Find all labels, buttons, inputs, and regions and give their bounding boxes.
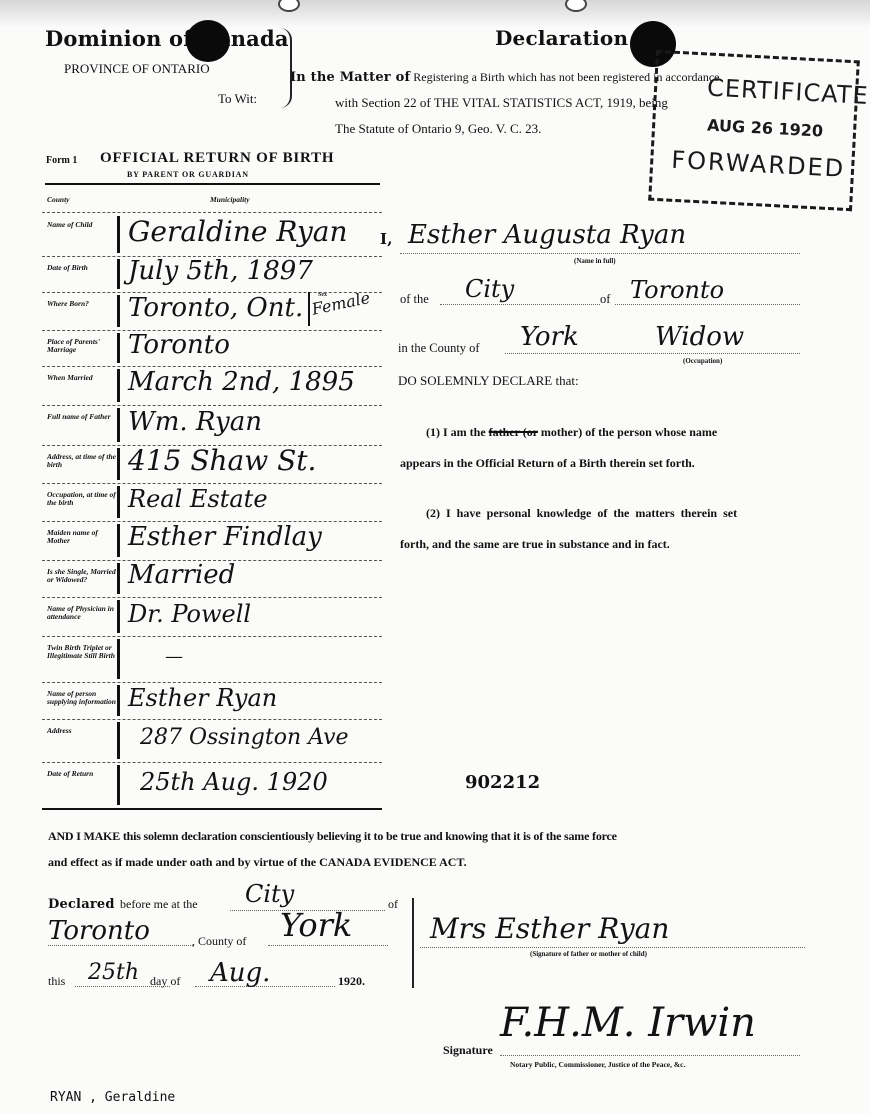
declared-month: Aug. <box>210 958 270 988</box>
occupation-caption: (Occupation) <box>683 357 722 365</box>
occupation-value: Widow <box>655 322 744 352</box>
county-label: County <box>47 196 117 204</box>
commissioner-caption: Notary Public, Commissioner, Justice of … <box>510 1060 685 1069</box>
form-number: Form 1 <box>46 155 77 166</box>
row-value: 415 Shaw St. <box>128 444 316 477</box>
declared-county: York <box>280 906 352 944</box>
row-divider-bar <box>117 600 120 633</box>
row-divider <box>42 636 382 638</box>
row-value: Esther Ryan <box>128 684 277 712</box>
sex-divider <box>308 292 310 326</box>
row-value: July 5th, 1897 <box>128 256 313 286</box>
row-divider-bar <box>117 765 120 805</box>
row-label: Twin Birth Triplet or Illegitimate Still… <box>47 644 117 660</box>
form-subtitle: BY PARENT OR GUARDIAN <box>127 170 249 179</box>
row-value: Toronto, Ont. <box>128 293 303 323</box>
commissioner-signature-line <box>500 1054 800 1056</box>
stamp-forwarded: FORWARDED <box>671 146 846 183</box>
declared-year: 1920. <box>338 974 365 989</box>
dominion-title: Dominion of Canada <box>45 26 289 51</box>
point-1: (1) I am the father (or mother) of the p… <box>426 425 717 440</box>
before-me: before me at the <box>120 897 198 912</box>
declared-county-line <box>268 944 388 946</box>
this-label: this <box>48 974 65 989</box>
row-value: Real Estate <box>128 485 268 513</box>
row-divider-bar <box>117 685 120 716</box>
place-type: City <box>245 880 294 908</box>
county-of: , County of <box>192 934 246 949</box>
row-value: Married <box>128 560 235 590</box>
solemn-line-1: AND I MAKE this solemn declaration consc… <box>48 829 617 844</box>
row-value: Wm. Ryan <box>128 407 262 437</box>
form-title: OFFICIAL RETURN OF BIRTH <box>100 150 334 167</box>
county-of-label: in the County of <box>398 341 480 356</box>
row-label: Place of Parents' Marriage <box>47 338 117 354</box>
struck-father: father (or <box>489 425 538 439</box>
registration-number: 902212 <box>465 772 540 793</box>
of-the-label: of the <box>400 292 429 307</box>
row-label: Address <box>47 727 117 735</box>
point-2-cont: forth, and the same are true in substanc… <box>400 537 670 552</box>
row-label: Maiden name of Mother <box>47 529 117 545</box>
commissioner-signature: F.H.M. Irwin <box>500 1000 756 1046</box>
declared-brace <box>412 898 414 988</box>
row-divider <box>42 597 382 599</box>
solemnly-declare: DO SOLEMNLY DECLARE that: <box>398 373 579 389</box>
county-value: York <box>520 322 579 352</box>
name-line <box>400 252 800 254</box>
row-label: Name of person supplying information <box>47 690 117 706</box>
declared-lead: Declared <box>48 897 115 912</box>
row-label: Date of Return <box>47 770 117 778</box>
row-divider-bar <box>117 722 120 759</box>
row-divider-bar <box>117 295 120 327</box>
row-label: Address, at time of the birth <box>47 453 117 469</box>
stamp-certificate: CERTIFICATE <box>706 74 869 110</box>
row-divider-bar <box>117 524 120 557</box>
brace <box>280 28 292 108</box>
row-label: Name of Physician in attendance <box>47 605 117 621</box>
solemn-line-2: and effect as if made under oath and by … <box>48 855 467 870</box>
row-divider-bar <box>117 216 120 253</box>
declared-day: 25th <box>88 960 139 985</box>
row-divider <box>42 212 382 214</box>
matter-line-3: The Statute of Ontario 9, Geo. V. C. 23. <box>335 121 541 137</box>
point-2: (2) I have personal knowledge of the mat… <box>426 506 737 521</box>
to-wit-label: To Wit: <box>218 91 257 107</box>
scan-shadow <box>0 0 870 28</box>
parent-signature-caption: (Signature of father or mother of child) <box>530 950 647 958</box>
title-rule <box>45 183 380 185</box>
county-line <box>505 352 800 354</box>
certificate-stamp: CERTIFICATE AUG 26 1920 FORWARDED <box>648 50 860 211</box>
row-divider <box>42 719 382 721</box>
signature-label: Signature <box>443 1043 493 1058</box>
stamp-date: AUG 26 1920 <box>707 116 824 141</box>
index-name: RYAN , Geraldine <box>50 1090 175 1105</box>
province-label: PROVINCE OF ONTARIO <box>64 61 210 77</box>
row-label: Name of Child <box>47 221 117 229</box>
row-divider-bar <box>117 333 120 363</box>
row-label: Occupation, at time of the birth <box>47 491 117 507</box>
redaction-mark <box>186 20 230 62</box>
parent-signature: Mrs Esther Ryan <box>430 912 669 945</box>
row-divider-bar <box>117 486 120 518</box>
of-label: of <box>600 292 610 307</box>
row-value: Toronto <box>128 330 230 360</box>
row-label: When Married <box>47 374 117 382</box>
matter-line-2: with Section 22 of THE VITAL STATISTICS … <box>335 95 668 111</box>
row-divider-bar <box>117 563 120 594</box>
muni-type-line <box>440 303 600 305</box>
row-divider-bar <box>117 259 120 289</box>
row-value: March 2nd, 1895 <box>128 367 355 397</box>
municipality-type: City <box>465 275 514 303</box>
point-1-cont: appears in the Official Return of a Birt… <box>400 456 695 471</box>
row-value: 287 Ossington Ave <box>140 725 349 750</box>
row-label: Where Born? <box>47 300 117 308</box>
row-label: Is she Single, Married or Widowed? <box>47 568 117 584</box>
row-divider <box>42 762 382 764</box>
declared-city: Toronto <box>48 916 150 946</box>
municipality-value: Toronto <box>630 276 724 304</box>
day-of: day of <box>150 974 180 989</box>
i-prefix: I, <box>380 230 393 248</box>
row-divider-bar <box>117 369 120 402</box>
row-value: — <box>165 646 183 667</box>
municipality-label: Municipality <box>210 196 280 204</box>
row-divider <box>42 808 382 811</box>
declaration-title: Declaration <box>495 26 628 50</box>
row-label: Full name of Father <box>47 413 117 421</box>
name-caption: (Name in full) <box>574 257 616 265</box>
declarant-name: Esther Augusta Ryan <box>408 220 686 250</box>
row-divider-bar <box>117 639 120 679</box>
declared-of: of <box>388 897 398 912</box>
row-value: Dr. Powell <box>128 600 251 628</box>
row-value: Geraldine Ryan <box>128 215 348 248</box>
parent-signature-line <box>420 946 805 948</box>
row-divider-bar <box>117 408 120 442</box>
row-label: Date of Birth <box>47 264 117 272</box>
row-divider-bar <box>117 448 120 480</box>
row-value: 25th Aug. 1920 <box>140 768 328 796</box>
matter-lead: In the Matter of <box>290 70 410 85</box>
row-value: Esther Findlay <box>128 522 322 552</box>
